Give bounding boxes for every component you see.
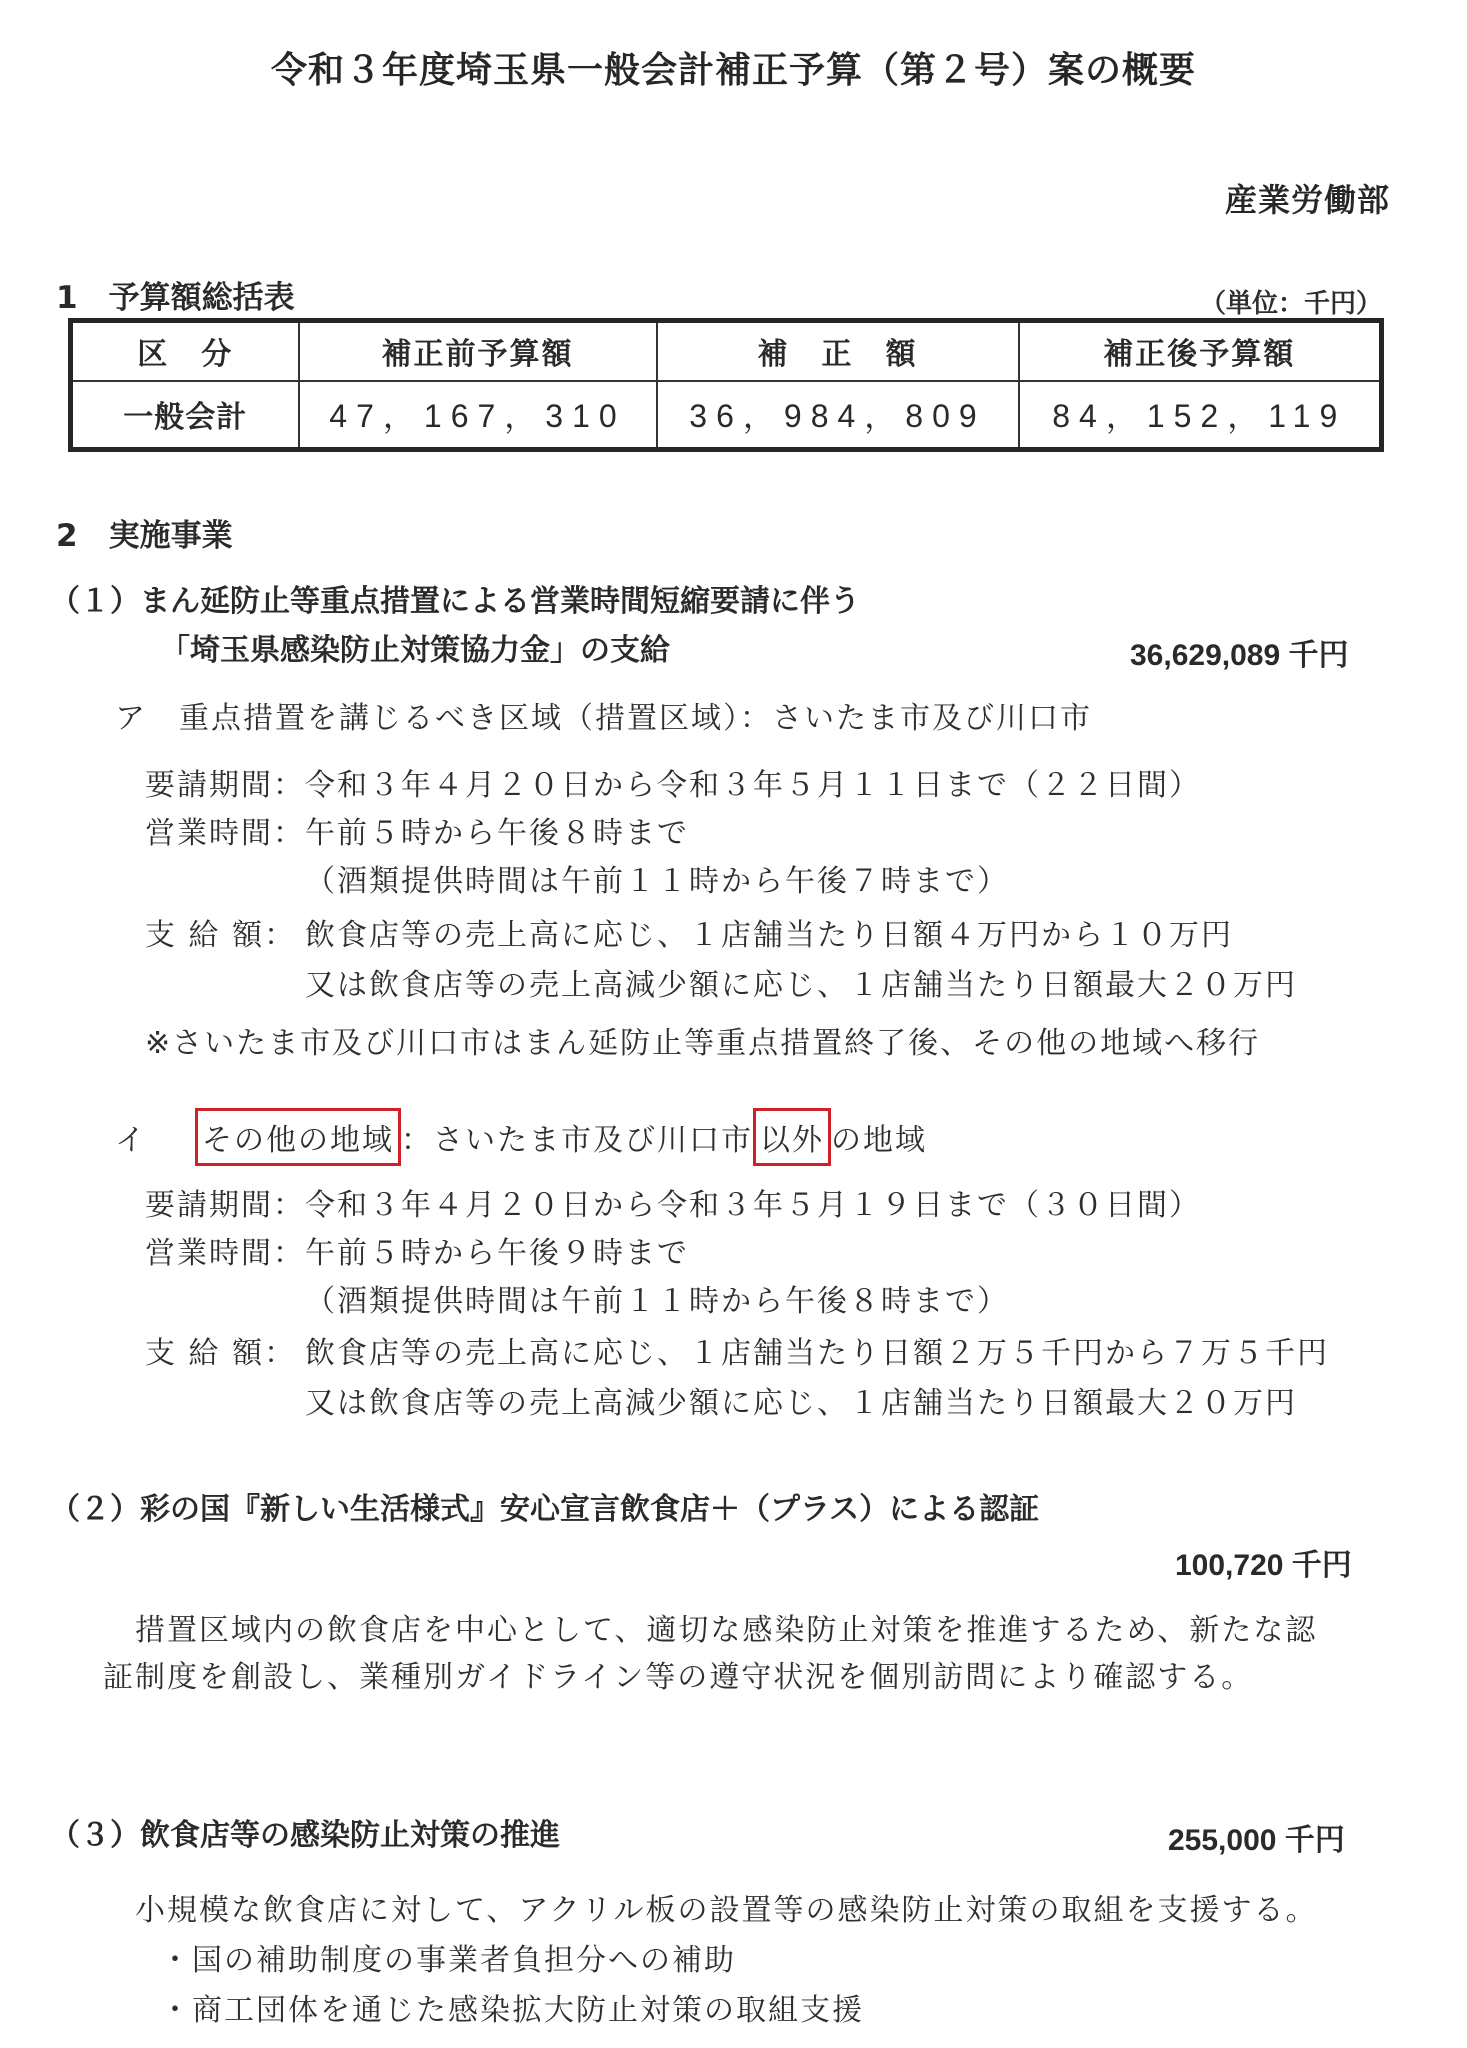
column-header: 区 分 xyxy=(71,321,299,381)
payment-value: 飲食店等の売上高に応じ、１店舗当たり日額４万円から１０万円 xyxy=(305,918,1233,953)
item1-sub-i-payment2: 又は飲食店等の売上高減少額に応じ、１店舗当たり日額最大２０万円 xyxy=(305,1378,1297,1422)
table-cell: 一般会計 xyxy=(71,381,299,450)
sub-i-marker: イ xyxy=(115,1123,147,1158)
document-title: 令和３年度埼玉県一般会計補正予算（第２号）案の概要 xyxy=(0,42,1467,93)
item1-sub-a-hours: 営業時間：午前５時から午後８時まで xyxy=(145,808,689,852)
item1-sub-a-payment: 支 給 額：飲食店等の売上高に応じ、１店舗当たり日額４万円から１０万円 xyxy=(145,910,1233,954)
hours-label: 営業時間： xyxy=(145,1228,305,1272)
table-header-row: 区 分 補正前予算額 補 正 額 補正後予算額 xyxy=(71,321,1382,381)
section-heading-budget-summary: 1 予算額総括表 xyxy=(56,272,295,317)
item1-sub-i-period: 要請期間：令和３年４月２０日から令和３年５月１９日まで（３０日間） xyxy=(145,1180,1201,1224)
item2-amount: 100,720 千円 xyxy=(1175,1540,1352,1584)
item1-title-line2: 「埼玉県感染防止対策協力金」の支給 xyxy=(160,625,670,669)
column-header: 補正後予算額 xyxy=(1019,321,1382,381)
period-label: 要請期間： xyxy=(145,760,305,804)
item1-sub-i-hours: 営業時間：午前５時から午後９時まで xyxy=(145,1228,689,1272)
period-label: 要請期間： xyxy=(145,1180,305,1224)
item1-sub-i-hours-note: （酒類提供時間は午前１１時から午後８時まで） xyxy=(305,1276,1009,1320)
table-row: 一般会計 47，167，310 36，984，809 84，152，119 xyxy=(71,381,1382,450)
item1-sub-a-hours-note: （酒類提供時間は午前１１時から午後７時まで） xyxy=(305,856,1009,900)
highlight-box-excluding: 以外 xyxy=(753,1108,831,1166)
item3-bullet: ・国の補助制度の事業者負担分への補助 xyxy=(160,1935,736,1979)
column-header: 補正前予算額 xyxy=(299,321,657,381)
payment-value: 飲食店等の売上高に応じ、１店舗当たり日額２万５千円から７万５千円 xyxy=(305,1336,1329,1371)
item2-description-line1: 措置区域内の飲食店を中心として、適切な感染防止対策を推進するため、新たな認 xyxy=(135,1605,1317,1649)
item1-title-line1: （１）まん延防止等重点措置による営業時間短縮要請に伴う xyxy=(50,576,860,620)
period-value: 令和３年４月２０日から令和３年５月１９日まで（３０日間） xyxy=(305,1188,1201,1223)
item3-title: （３）飲食店等の感染防止対策の推進 xyxy=(50,1810,560,1854)
item1-sub-i-payment: 支 給 額：飲食店等の売上高に応じ、１店舗当たり日額２万５千円から７万５千円 xyxy=(145,1328,1329,1372)
column-header: 補 正 額 xyxy=(657,321,1019,381)
item2-description-line2: 証制度を創設し、業種別ガイドライン等の遵守状況を個別訪問により確認する。 xyxy=(103,1652,1253,1696)
item1-sub-a-heading: ア 重点措置を講じるべき区域（措置区域）：さいたま市及び川口市 xyxy=(115,693,1092,737)
payment-label: 支 給 額： xyxy=(145,910,305,954)
hours-value: 午前５時から午後９時まで xyxy=(305,1236,689,1271)
section-heading-projects: 2 実施事業 xyxy=(56,510,233,555)
item1-sub-a-period: 要請期間：令和３年４月２０日から令和３年５月１１日まで（２２日間） xyxy=(145,760,1201,804)
sub-i-heading-mid: ：さいたま市及び川口市 xyxy=(401,1123,753,1158)
item2-title: （２）彩の国『新しい生活様式』安心宣言飲食店＋（プラス）による認証 xyxy=(50,1484,1039,1528)
highlight-box-other-region: その他の地域 xyxy=(195,1108,401,1166)
department-label: 産業労働部 xyxy=(1225,175,1390,221)
item3-bullet: ・商工団体を通じた感染拡大防止対策の取組支援 xyxy=(160,1985,864,2029)
item1-sub-a-note: ※さいたま市及び川口市はまん延防止等重点措置終了後、その他の地域へ移行 xyxy=(145,1018,1260,1062)
item3-description: 小規模な飲食店に対して、アクリル板の設置等の感染防止対策の取組を支援する。 xyxy=(135,1885,1318,1929)
payment-label: 支 給 額： xyxy=(145,1328,305,1372)
hours-value: 午前５時から午後８時まで xyxy=(305,816,689,851)
item3-amount: 255,000 千円 xyxy=(1168,1815,1345,1859)
unit-label: （単位：千円） xyxy=(1200,283,1382,320)
item1-sub-i-heading: イその他の地域：さいたま市及び川口市以外の地域 xyxy=(115,1115,927,1159)
table-cell: 84，152，119 xyxy=(1019,381,1382,450)
sub-i-heading-end: の地域 xyxy=(831,1123,927,1158)
table-cell: 47，167，310 xyxy=(299,381,657,450)
table-cell: 36，984，809 xyxy=(657,381,1019,450)
budget-summary-table: 区 分 補正前予算額 補 正 額 補正後予算額 一般会計 47，167，310 … xyxy=(68,318,1384,452)
hours-label: 営業時間： xyxy=(145,808,305,852)
item1-sub-a-payment2: 又は飲食店等の売上高減少額に応じ、１店舗当たり日額最大２０万円 xyxy=(305,960,1297,1004)
period-value: 令和３年４月２０日から令和３年５月１１日まで（２２日間） xyxy=(305,768,1201,803)
item1-amount: 36,629,089 千円 xyxy=(1130,630,1348,674)
